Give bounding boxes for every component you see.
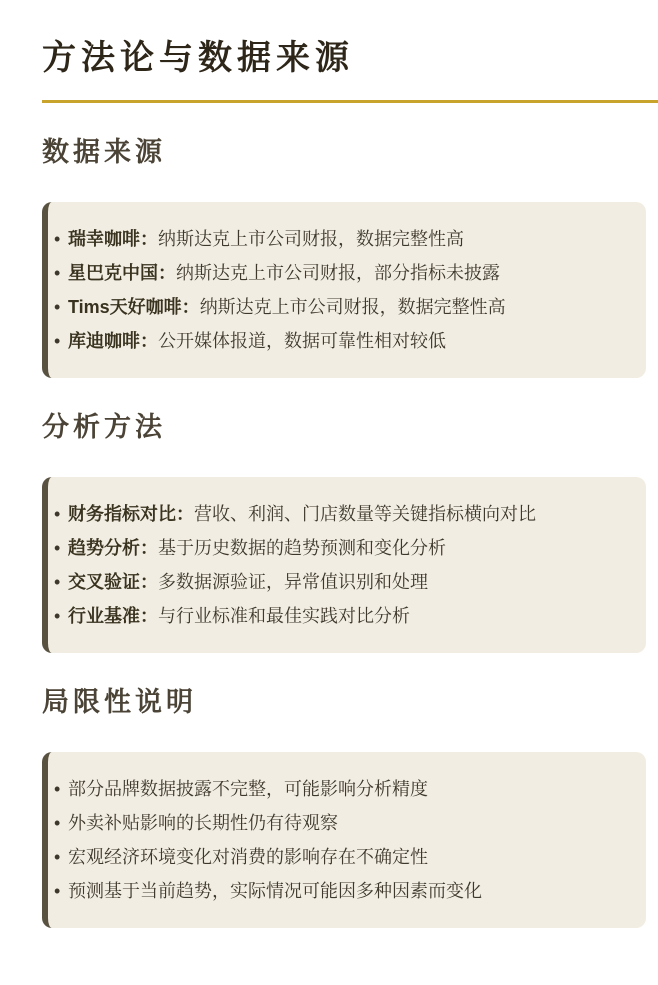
item-text: 部分品牌数据披露不完整，可能影响分析精度 (68, 779, 428, 799)
list-item: 财务指标对比：营收、利润、门店数量等关键指标横向对比 (48, 497, 628, 531)
data-sources-card: 瑞幸咖啡：纳斯达克上市公司财报，数据完整性高 星巴克中国：纳斯达克上市公司财报，… (42, 202, 646, 378)
list-item: 宏观经济环境变化对消费的影响存在不确定性 (48, 840, 628, 874)
item-label: 财务指标对比： (68, 504, 194, 524)
list-item: 趋势分析：基于历史数据的趋势预测和变化分析 (48, 531, 628, 565)
list-item: 部分品牌数据披露不完整，可能影响分析精度 (48, 772, 628, 806)
item-label: 库迪咖啡： (68, 331, 158, 351)
item-label: 行业基准： (68, 606, 158, 626)
section-limitations: 局限性说明 部分品牌数据披露不完整，可能影响分析精度 外卖补贴影响的长期性仍有待… (42, 685, 658, 928)
item-label: 趋势分析： (68, 538, 158, 558)
item-text: 宏观经济环境变化对消费的影响存在不确定性 (68, 847, 428, 867)
list-item: Tims天好咖啡：纳斯达克上市公司财报，数据完整性高 (48, 290, 628, 324)
section-data-sources: 数据来源 瑞幸咖啡：纳斯达克上市公司财报，数据完整性高 星巴克中国：纳斯达克上市… (42, 135, 658, 378)
list-item: 行业基准：与行业标准和最佳实践对比分析 (48, 599, 628, 633)
item-text: 基于历史数据的趋势预测和变化分析 (158, 538, 446, 558)
list-item: 瑞幸咖啡：纳斯达克上市公司财报，数据完整性高 (48, 222, 628, 256)
section-heading-analysis-methods: 分析方法 (42, 410, 658, 445)
list-item: 交叉验证：多数据源验证，异常值识别和处理 (48, 565, 628, 599)
data-sources-list: 瑞幸咖啡：纳斯达克上市公司财报，数据完整性高 星巴克中国：纳斯达克上市公司财报，… (48, 222, 628, 358)
section-analysis-methods: 分析方法 财务指标对比：营收、利润、门店数量等关键指标横向对比 趋势分析：基于历… (42, 410, 658, 653)
item-text: 外卖补贴影响的长期性仍有待观察 (68, 813, 338, 833)
methodology-page: 方法论与数据来源 数据来源 瑞幸咖啡：纳斯达克上市公司财报，数据完整性高 星巴克… (0, 0, 658, 985)
section-heading-data-sources: 数据来源 (42, 135, 658, 170)
item-label: 星巴克中国： (68, 263, 176, 283)
item-text: 预测基于当前趋势，实际情况可能因多种因素而变化 (68, 881, 482, 901)
limitations-card: 部分品牌数据披露不完整，可能影响分析精度 外卖补贴影响的长期性仍有待观察 宏观经… (42, 752, 646, 928)
item-label: Tims天好咖啡： (68, 297, 200, 317)
limitations-list: 部分品牌数据披露不完整，可能影响分析精度 外卖补贴影响的长期性仍有待观察 宏观经… (48, 772, 628, 908)
item-label: 瑞幸咖啡： (68, 229, 158, 249)
section-heading-limitations: 局限性说明 (42, 685, 658, 720)
page-title: 方法论与数据来源 (42, 39, 658, 80)
item-text: 纳斯达克上市公司财报，部分指标未披露 (176, 263, 500, 283)
list-item: 预测基于当前趋势，实际情况可能因多种因素而变化 (48, 874, 628, 908)
item-text: 公开媒体报道，数据可靠性相对较低 (158, 331, 446, 351)
item-text: 纳斯达克上市公司财报，数据完整性高 (158, 229, 464, 249)
list-item: 库迪咖啡：公开媒体报道，数据可靠性相对较低 (48, 324, 628, 358)
item-text: 营收、利润、门店数量等关键指标横向对比 (194, 504, 536, 524)
item-text: 纳斯达克上市公司财报，数据完整性高 (200, 297, 506, 317)
item-text: 与行业标准和最佳实践对比分析 (158, 606, 410, 626)
item-label: 交叉验证： (68, 572, 158, 592)
list-item: 外卖补贴影响的长期性仍有待观察 (48, 806, 628, 840)
analysis-methods-card: 财务指标对比：营收、利润、门店数量等关键指标横向对比 趋势分析：基于历史数据的趋… (42, 477, 646, 653)
list-item: 星巴克中国：纳斯达克上市公司财报，部分指标未披露 (48, 256, 628, 290)
gold-divider (42, 100, 658, 103)
item-text: 多数据源验证，异常值识别和处理 (158, 572, 428, 592)
analysis-methods-list: 财务指标对比：营收、利润、门店数量等关键指标横向对比 趋势分析：基于历史数据的趋… (48, 497, 628, 633)
